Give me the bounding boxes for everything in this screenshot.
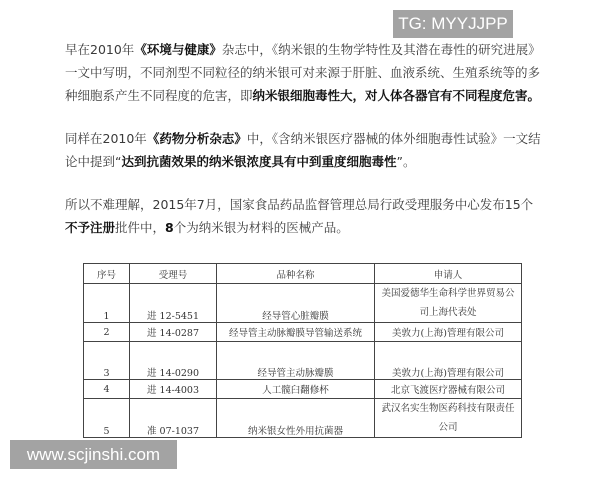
highlight: 纳米银细胞毒性大，对人体各器官有不同程度危害。: [253, 88, 541, 103]
cell-name: 经导管心脏瓣膜: [217, 284, 375, 323]
cell-no: 4: [84, 380, 130, 399]
table-row: 3 进 14-0290 经导管主动脉瓣膜 美敦力(上海)管理有限公司: [84, 342, 522, 380]
table-row: 2 进 14-0287 经导管主动脉瓣膜导管输送系统 美敦力(上海)管理有限公司: [84, 323, 522, 342]
highlight: 达到抗菌效果的纳米银浓度具有中到重度细胞毒性: [121, 154, 396, 169]
journal-title: 《环境与健康》: [134, 42, 222, 57]
highlight: 不予注册: [65, 220, 115, 235]
header-id: 受理号: [130, 264, 217, 284]
paragraph-2: 同样在2010年《药物分析杂志》中，《含纳米银医疗器械的体外细胞毒性试验》一文结…: [65, 127, 545, 173]
cell-id: 进 14-4003: [130, 380, 217, 399]
journal-title: 《药物分析杂志》: [147, 131, 247, 146]
header-name: 品种名称: [217, 264, 375, 284]
paragraph-3: 所以不难理解，2015年7月，国家食品药品监督管理总局行政受理服务中心发布15个…: [65, 193, 545, 239]
cell-no: 2: [84, 323, 130, 342]
table-row: 1 进 12-5451 经导管心脏瓣膜 美国爱德华生命科学世界贸易公司上海代表处: [84, 284, 522, 323]
highlight: 8: [165, 220, 174, 235]
text: ”。: [397, 154, 416, 169]
table-row: 4 进 14-4003 人工髋臼翻修杯 北京飞渡医疗器械有限公司: [84, 380, 522, 399]
cell-id: 准 07-1037: [130, 399, 217, 438]
paragraph-1: 早在2010年《环境与健康》杂志中，《纳米银的生物学特性及其潜在毒性的研究进展》…: [65, 38, 545, 107]
cell-applicant: 美敦力(上海)管理有限公司: [375, 342, 522, 380]
table-row: 5 准 07-1037 纳米银女性外用抗菌器 武汉名实生物医药科技有限责任公司: [84, 399, 522, 438]
cell-applicant: 美敦力(上海)管理有限公司: [375, 323, 522, 342]
header-no: 序号: [84, 264, 130, 284]
cell-applicant: 美国爱德华生命科学世界贸易公司上海代表处: [375, 284, 522, 323]
cell-name: 经导管主动脉瓣膜导管输送系统: [217, 323, 375, 342]
header-applicant: 申请人: [375, 264, 522, 284]
cell-id: 进 12-5451: [130, 284, 217, 323]
cell-id: 进 14-0287: [130, 323, 217, 342]
cell-no: 3: [84, 342, 130, 380]
text: 早在2010年: [65, 42, 134, 57]
cell-name: 人工髋臼翻修杯: [217, 380, 375, 399]
text: 同样在2010年: [65, 131, 147, 146]
text: 所以不难理解，2015年7月，国家食品药品监督管理总局行政受理服务中心发布15个: [65, 197, 533, 212]
cell-id: 进 14-0290: [130, 342, 217, 380]
cell-no: 1: [84, 284, 130, 323]
rejected-devices-table: 序号 受理号 品种名称 申请人 1 进 12-5451 经导管心脏瓣膜 美国爱德…: [83, 263, 522, 438]
cell-name: 经导管主动脉瓣膜: [217, 342, 375, 380]
cell-applicant: 北京飞渡医疗器械有限公司: [375, 380, 522, 399]
watermark-bottom: www.scjinshi.com: [10, 440, 177, 469]
text: 个为纳米银为材料的医械产品。: [174, 220, 349, 235]
watermark-top: TG: MYYJJPP: [393, 10, 513, 38]
cell-name: 纳米银女性外用抗菌器: [217, 399, 375, 438]
cell-applicant: 武汉名实生物医药科技有限责任公司: [375, 399, 522, 438]
cell-no: 5: [84, 399, 130, 438]
text: 批件中，: [115, 220, 165, 235]
table-header-row: 序号 受理号 品种名称 申请人: [84, 264, 522, 284]
